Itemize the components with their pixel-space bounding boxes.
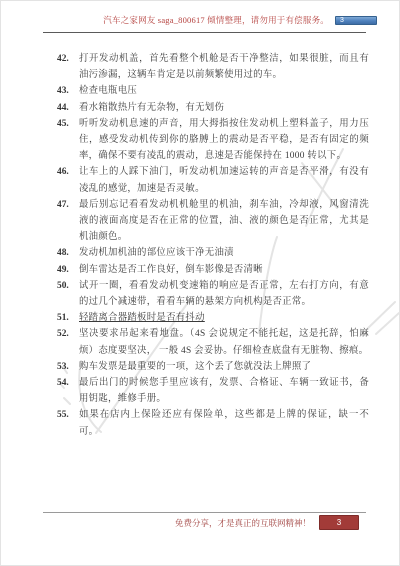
item-text: 听听发动机息速的声音，用大拇指按住发动机上塑料盖子，用力压住，感受发动机传到你的…: [79, 116, 369, 165]
list-item: 48. 发动机加机油的部位应该干净无油渍: [57, 245, 369, 261]
item-number: 42.: [57, 51, 79, 67]
list-item: 42. 打开发动机盖，首先看整个机舱是否干净整洁，如果很脏，而且有油污渗漏，这辆…: [57, 51, 369, 83]
list-item: 49. 倒车雷达是否工作良好，倒车影像是否清晰: [57, 262, 369, 278]
item-text: 打开发动机盖，首先看整个机舱是否干净整洁，如果很脏，而且有油污渗漏，这辆车肯定是…: [79, 51, 369, 83]
item-text: 最后出门的时候您手里应该有，发票、合格证、车辆一致证书，备用钥匙，维修手册。: [79, 375, 369, 407]
item-number: 48.: [57, 245, 79, 261]
list-item: 44. 看水箱散热片有无杂物，有无划伤: [57, 100, 369, 116]
footer-divider: [43, 512, 366, 513]
item-text: 检查电瓶电压: [79, 83, 369, 99]
item-text: 让车上的人踩下油门，听发动机加速运转的声音是否平滑，有没有凌乱的感觉，加速是否灵…: [79, 164, 369, 196]
item-text: 看水箱散热片有无杂物，有无划伤: [79, 100, 369, 116]
page-footer: 免费分享，才是真正的互联网精神！ 3: [175, 515, 359, 530]
page-number-badge-bottom: 3: [319, 515, 359, 530]
header-divider: [43, 32, 366, 33]
item-text: 试开一圈，看看发动机变速箱的响应是否正常，左右打方向，有意的过几个减速带，看看车…: [79, 278, 369, 310]
item-text: 倒车雷达是否工作良好，倒车影像是否清晰: [79, 262, 369, 278]
document-page: 汽车之家网友 saga_800617 倾情整理，请勿用于有偿服务。 3 42. …: [0, 0, 400, 566]
footer-notice-text: 免费分享，才是真正的互联网精神！: [175, 517, 311, 529]
item-number: 52.: [57, 326, 79, 342]
list-item: 54. 最后出门的时候您手里应该有，发票、合格证、车辆一致证书，备用钥匙，维修手…: [57, 375, 369, 407]
checklist: 42. 打开发动机盖，首先看整个机舱是否干净整洁，如果很脏，而且有油污渗漏，这辆…: [57, 51, 369, 440]
item-text: 坚决要求吊起来看地盘。（4S 会说规定不能托起，这是托辞，怕麻烦）态度要坚决， …: [79, 326, 369, 358]
item-number: 50.: [57, 278, 79, 294]
item-number: 51.: [57, 310, 79, 326]
item-number: 45.: [57, 116, 79, 132]
item-text: 如果在店内上保险还应有保险单，这些都是上牌的保证，缺一不可。: [79, 407, 369, 439]
list-item: 51. 轻踏离合器踏板时是否有抖动: [57, 310, 369, 326]
item-number: 55.: [57, 407, 79, 423]
item-text: 轻踏离合器踏板时是否有抖动: [79, 310, 369, 326]
list-item: 47. 最后别忘记看看发动机机舱里的机油，刹车油，冷却液，风窗清洗液的液面高度是…: [57, 197, 369, 246]
item-number: 47.: [57, 197, 79, 213]
list-item: 52. 坚决要求吊起来看地盘。（4S 会说规定不能托起，这是托辞，怕麻烦）态度要…: [57, 326, 369, 358]
list-item: 45. 听听发动机息速的声音，用大拇指按住发动机上塑料盖子，用力压住，感受发动机…: [57, 116, 369, 165]
list-item: 50. 试开一圈，看看发动机变速箱的响应是否正常，左右打方向，有意的过几个减速带…: [57, 278, 369, 310]
header-notice-text: 汽车之家网友 saga_800617 倾情整理，请勿用于有偿服务。: [103, 14, 329, 26]
page-number-badge-top: 3: [335, 16, 377, 25]
item-number: 46.: [57, 164, 79, 180]
page-header: 汽车之家网友 saga_800617 倾情整理，请勿用于有偿服务。 3: [103, 14, 377, 26]
item-number: 54.: [57, 375, 79, 391]
item-number: 49.: [57, 262, 79, 278]
item-number: 44.: [57, 100, 79, 116]
list-item: 55. 如果在店内上保险还应有保险单，这些都是上牌的保证，缺一不可。: [57, 407, 369, 439]
list-item: 53. 购车发票是最重要的一项，这个丢了您就没法上牌照了: [57, 359, 369, 375]
page-number-bottom: 3: [337, 519, 341, 527]
list-item: 46. 让车上的人踩下油门，听发动机加速运转的声音是否平滑，有没有凌乱的感觉，加…: [57, 164, 369, 196]
item-text: 购车发票是最重要的一项，这个丢了您就没法上牌照了: [79, 359, 369, 375]
item-number: 53.: [57, 359, 79, 375]
list-item: 43. 检查电瓶电压: [57, 83, 369, 99]
item-text: 最后别忘记看看发动机机舱里的机油，刹车油，冷却液，风窗清洗液的液面高度是否在正常…: [79, 197, 369, 246]
page-number-top: 3: [340, 17, 344, 24]
item-text: 发动机加机油的部位应该干净无油渍: [79, 245, 369, 261]
item-number: 43.: [57, 83, 79, 99]
